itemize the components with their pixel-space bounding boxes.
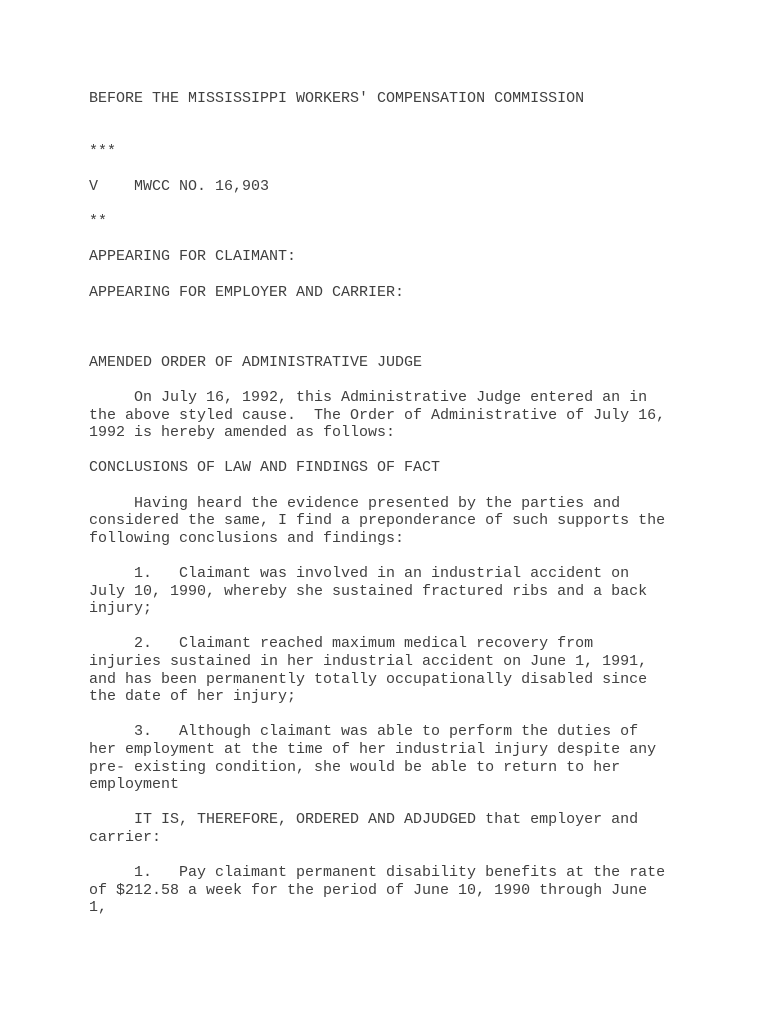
case-number-line: V MWCC NO. 16,903 [89, 178, 700, 196]
separator-three-stars: *** [89, 143, 700, 161]
finding-2: 2. Claimant reached maximum medical reco… [89, 635, 700, 705]
appearing-for-employer: APPEARING FOR EMPLOYER AND CARRIER: [89, 284, 700, 302]
finding-1: 1. Claimant was involved in an industria… [89, 565, 700, 618]
conclusions-heading: CONCLUSIONS OF LAW AND FINDINGS OF FACT [89, 459, 700, 477]
preamble-paragraph: Having heard the evidence presented by t… [89, 495, 700, 548]
finding-3: 3. Although claimant was able to perform… [89, 723, 700, 793]
intro-paragraph: On July 16, 1992, this Administrative Ju… [89, 389, 700, 442]
payment-order-1: 1. Pay claimant permanent disability ben… [89, 864, 700, 917]
separator-two-stars: ** [89, 213, 700, 231]
appearing-for-claimant: APPEARING FOR CLAIMANT: [89, 248, 700, 266]
order-title: AMENDED ORDER OF ADMINISTRATIVE JUDGE [89, 354, 700, 372]
order-clause: IT IS, THEREFORE, ORDERED AND ADJUDGED t… [89, 811, 700, 846]
court-header: BEFORE THE MISSISSIPPI WORKERS' COMPENSA… [89, 90, 700, 108]
document-page: BEFORE THE MISSISSIPPI WORKERS' COMPENSA… [0, 0, 770, 1024]
